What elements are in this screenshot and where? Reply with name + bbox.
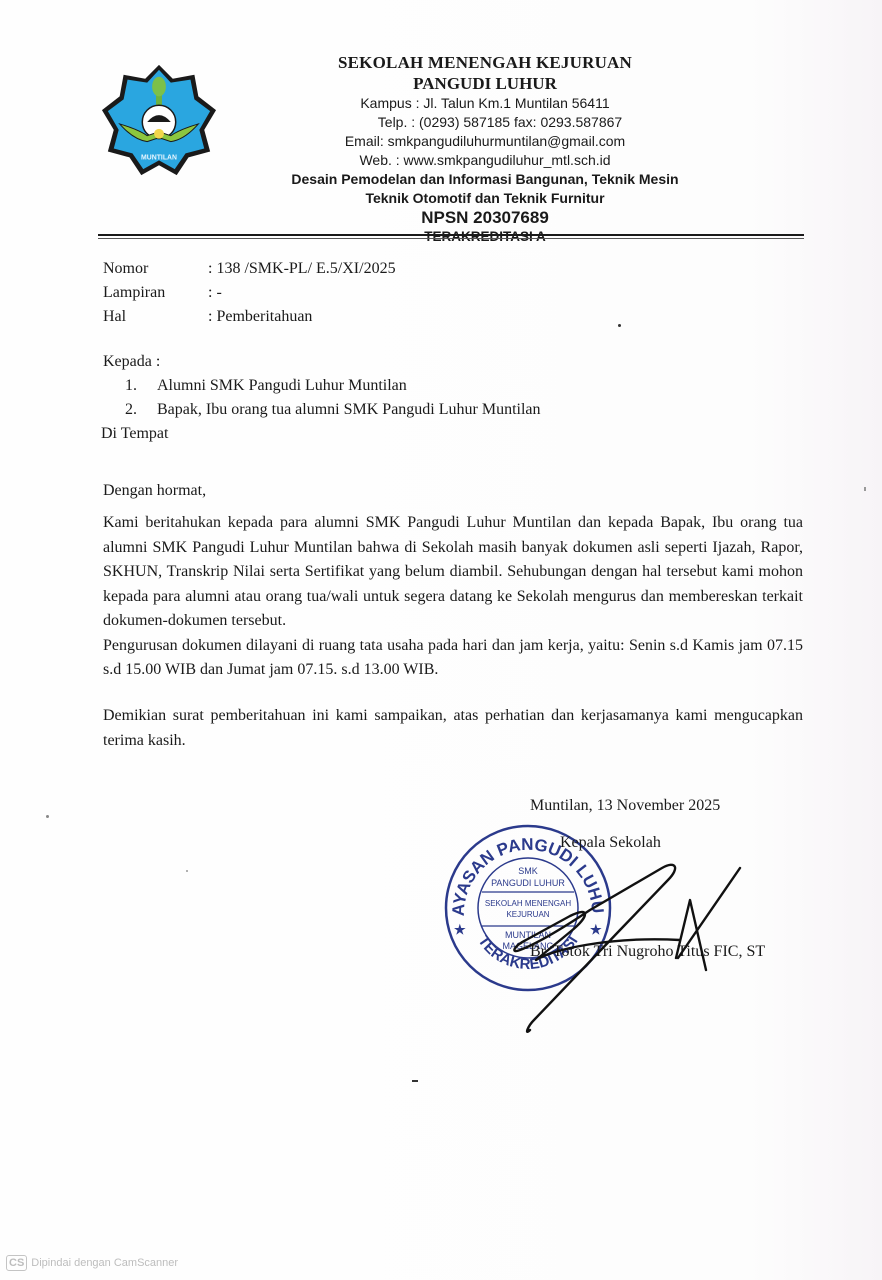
svg-text:MUNTILAN: MUNTILAN xyxy=(141,154,177,161)
greeting: Dengan hormat, xyxy=(103,479,206,503)
school-name: PANGUDI LUHUR xyxy=(230,74,740,94)
document-page: MUNTILAN SEKOLAH MENENGAH KEJURUAN PANGU… xyxy=(0,0,882,1280)
recipient-place: Di Tempat xyxy=(101,422,541,446)
campus-address: Kampus : Jl. Talun Km.1 Muntilan 56411 xyxy=(230,94,740,113)
place-date: Muntilan, 13 November 2025 xyxy=(530,797,720,815)
hal-label: Hal xyxy=(103,305,208,329)
letterhead-divider-thin xyxy=(98,238,804,239)
recipient-number: 1. xyxy=(125,374,157,398)
letterhead: SEKOLAH MENENGAH KEJURUAN PANGUDI LUHUR … xyxy=(230,52,740,246)
nomor-value: : 138 /SMK-PL/ E.5/XI/2025 xyxy=(208,257,396,281)
recipient-item: 2. Bapak, Ibu orang tua alumni SMK Pangu… xyxy=(103,398,541,422)
school-type: SEKOLAH MENENGAH KEJURUAN xyxy=(230,52,740,74)
phone-fax: Telp. : (0293) 587185 fax: 0293.587867 xyxy=(230,113,740,132)
letter-meta: Nomor : 138 /SMK-PL/ E.5/XI/2025 Lampira… xyxy=(103,257,396,329)
meta-lampiran: Lampiran : - xyxy=(103,281,396,305)
nomor-label: Nomor xyxy=(103,257,208,281)
npsn: NPSN 20307689 xyxy=(230,208,740,228)
meta-nomor: Nomor : 138 /SMK-PL/ E.5/XI/2025 xyxy=(103,257,396,281)
recipients-heading: Kepada : xyxy=(103,350,541,374)
recipient-text: Bapak, Ibu orang tua alumni SMK Pangudi … xyxy=(157,398,541,422)
watermark-text: Dipindai dengan CamScanner xyxy=(31,1257,178,1269)
letterhead-divider xyxy=(98,234,804,236)
recipient-item: 1. Alumni SMK Pangudi Luhur Muntilan xyxy=(103,374,541,398)
scan-speck xyxy=(864,487,866,491)
lampiran-label: Lampiran xyxy=(103,281,208,305)
scan-speck xyxy=(186,870,188,872)
scan-speck xyxy=(46,815,49,818)
recipients: Kepada : 1. Alumni SMK Pangudi Luhur Mun… xyxy=(103,350,541,446)
accreditation: TERAKREDITASI A xyxy=(230,228,740,246)
recipient-number: 2. xyxy=(125,398,157,422)
camscanner-logo-icon: CS xyxy=(6,1255,27,1271)
hal-value: : Pemberitahuan xyxy=(208,305,312,329)
closing-paragraph: Demikian surat pemberitahuan ini kami sa… xyxy=(103,703,803,753)
handwritten-signature-icon xyxy=(440,840,760,1040)
scan-speck xyxy=(618,324,621,327)
website: Web. : www.smkpangudiluhur_mtl.sch.id xyxy=(230,151,740,170)
programs-line-1: Desain Pemodelan dan Informasi Bangunan,… xyxy=(230,170,740,189)
meta-hal: Hal : Pemberitahuan xyxy=(103,305,396,329)
school-logo-icon: MUNTILAN xyxy=(100,60,218,180)
letter-body: Kami beritahukan kepada para alumni SMK … xyxy=(103,511,803,683)
camscanner-watermark: CS Dipindai dengan CamScanner xyxy=(6,1255,178,1271)
programs-line-2: Teknik Otomotif dan Teknik Furnitur xyxy=(230,189,740,208)
recipient-text: Alumni SMK Pangudi Luhur Muntilan xyxy=(157,374,407,398)
scan-speck xyxy=(412,1080,418,1082)
email: Email: smkpangudiluhurmuntilan@gmail.com xyxy=(230,132,740,151)
lampiran-value: : - xyxy=(208,281,222,305)
body-paragraph-1: Kami beritahukan kepada para alumni SMK … xyxy=(103,511,803,634)
body-paragraph-2: Pengurusan dokumen dilayani di ruang tat… xyxy=(103,634,803,683)
